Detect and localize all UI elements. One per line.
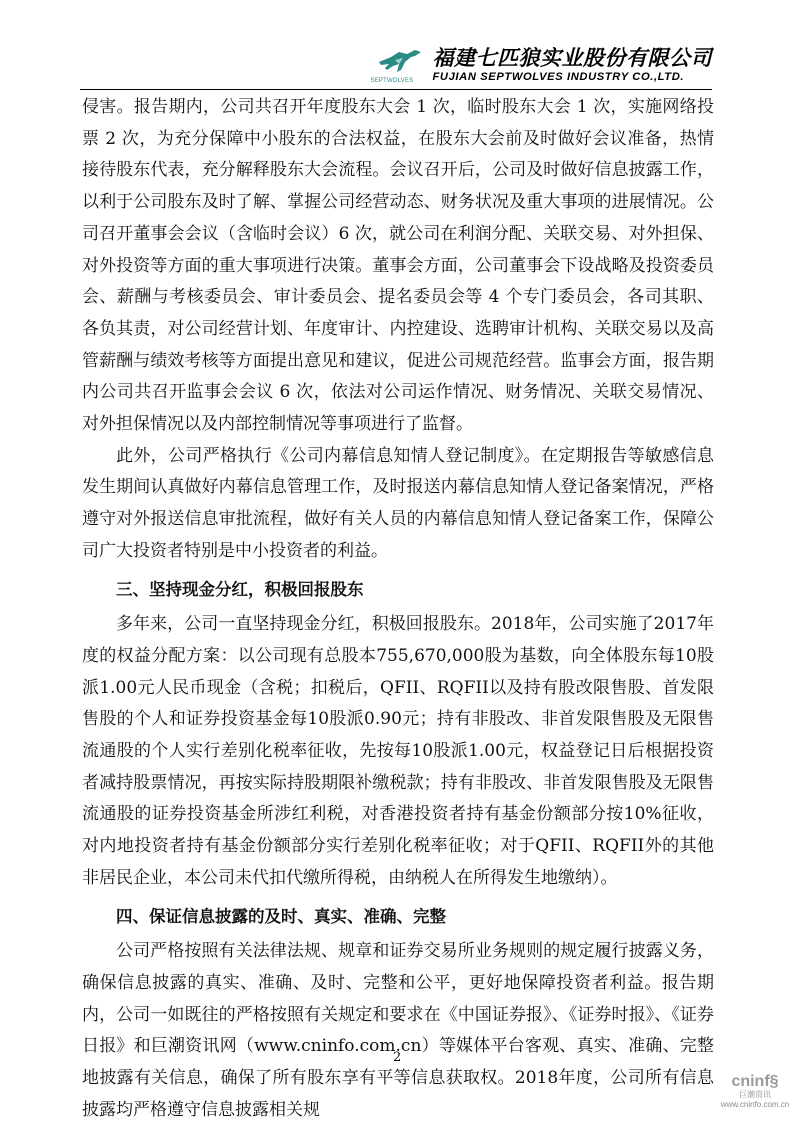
company-name-cn: 福建七匹狼实业股份有限公司 [433,46,713,70]
paragraph-insider-info: 此外，公司严格执行《公司内幕信息知情人登记制度》。在定期报告等敏感信息发生期间认… [82,441,714,568]
section-heading-disclosure: 四、保证信息披露的及时、真实、准确、完整 [82,901,714,933]
logo-subtitle: SEPTWOLVES [371,78,414,84]
company-logo: SEPTWOLVES 福建七匹狼实业股份有限公司 FUJIAN SEPTWOLV… [371,46,713,84]
document-body: 侵害。报告期内，公司共召开年度股东大会 1 次，临时股东大会 1 次，实施网络投… [82,92,714,1122]
company-name-en: FUJIAN SEPTWOLVES INDUSTRY CO.,LTD. [433,70,713,84]
cninfo-brand: cninf§ [719,1074,791,1090]
cninfo-brand-cn: 巨潮资讯 [719,1090,791,1100]
section-heading-dividend: 三、坚持现金分红，积极回报股东 [82,574,714,606]
paragraph-governance: 侵害。报告期内，公司共召开年度股东大会 1 次，临时股东大会 1 次，实施网络投… [82,92,714,441]
wolf-logo-icon: SEPTWOLVES [371,46,429,84]
cninfo-watermark: cninf§ 巨潮资讯 www.cninfo.com.cn [719,1074,791,1110]
cninfo-swirl-icon: § [770,1073,779,1090]
cninfo-url: www.cninfo.com.cn [719,1100,791,1110]
paragraph-dividend: 多年来，公司一直坚持现金分红，积极回报股东。2018年，公司实施了2017年度的… [82,609,714,894]
cninfo-brand-text: cninf [731,1073,769,1090]
page-number: 2 [393,1050,401,1065]
page-header: SEPTWOLVES 福建七匹狼实业股份有限公司 FUJIAN SEPTWOLV… [80,44,712,90]
paragraph-disclosure: 公司严格按照有关法律法规、规章和证券交易所业务规则的规定履行披露义务，确保信息披… [82,936,714,1122]
